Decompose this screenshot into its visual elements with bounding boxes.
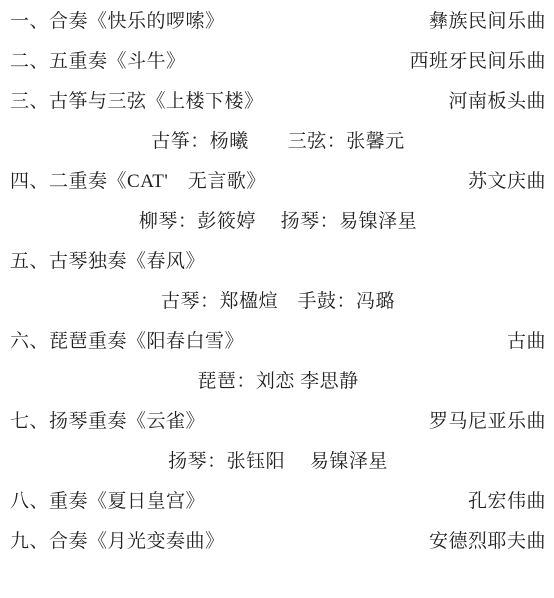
program-entry-2: 二、五重奏《斗牛》 西班牙民间乐曲 bbox=[10, 42, 546, 82]
entry-attribution: 彝族民间乐曲 bbox=[429, 2, 546, 42]
entry-attribution: 罗马尼亚乐曲 bbox=[429, 402, 546, 442]
entry-piece: 琵琶重奏《阳春白雪》 bbox=[49, 331, 244, 352]
program-page: 一、合奏《快乐的啰嗦》 彝族民间乐曲 二、五重奏《斗牛》 西班牙民间乐曲 三、古… bbox=[0, 0, 554, 598]
entry-title: 八、重奏《夏日皇宫》 bbox=[10, 482, 205, 522]
entry-piece: 古琴独奏《春风》 bbox=[49, 251, 205, 272]
performers-line-entry-6: 琵琶：刘恋 李思静 bbox=[10, 362, 546, 402]
entry-title: 五、古琴独奏《春风》 bbox=[10, 242, 205, 282]
program-entry-9: 九、合奏《月光变奏曲》 安德烈耶夫曲 bbox=[10, 522, 546, 562]
entry-number: 六、 bbox=[10, 331, 49, 352]
entry-number: 一、 bbox=[10, 11, 49, 32]
entry-title: 六、琵琶重奏《阳春白雪》 bbox=[10, 322, 244, 362]
entry-number: 七、 bbox=[10, 411, 49, 432]
entry-attribution: 古曲 bbox=[507, 322, 546, 362]
entry-title: 一、合奏《快乐的啰嗦》 bbox=[10, 2, 225, 42]
entry-title: 四、二重奏《CAT' 无言歌》 bbox=[10, 162, 266, 202]
entry-number: 二、 bbox=[10, 51, 49, 72]
entry-title: 二、五重奏《斗牛》 bbox=[10, 42, 186, 82]
entry-number: 三、 bbox=[10, 91, 49, 112]
program-entry-7: 七、扬琴重奏《云雀》 罗马尼亚乐曲 bbox=[10, 402, 546, 442]
program-entry-1: 一、合奏《快乐的啰嗦》 彝族民间乐曲 bbox=[10, 2, 546, 42]
entry-attribution: 西班牙民间乐曲 bbox=[409, 42, 546, 82]
program-entry-3: 三、古筝与三弦《上楼下楼》 河南板头曲 bbox=[10, 82, 546, 122]
program-entry-8: 八、重奏《夏日皇宫》 孔宏伟曲 bbox=[10, 482, 546, 522]
performers-line-entry-7: 扬琴：张钰阳 易镍泽星 bbox=[10, 442, 546, 482]
program-entry-5: 五、古琴独奏《春风》 bbox=[10, 242, 546, 282]
entry-piece: 合奏《月光变奏曲》 bbox=[49, 531, 225, 552]
program-entry-6: 六、琵琶重奏《阳春白雪》 古曲 bbox=[10, 322, 546, 362]
entry-piece: 二重奏《CAT' 无言歌》 bbox=[49, 171, 266, 192]
entry-title: 七、扬琴重奏《云雀》 bbox=[10, 402, 205, 442]
performers-line-entry-3: 古筝：杨曦 三弦：张馨元 bbox=[10, 122, 546, 162]
entry-attribution: 河南板头曲 bbox=[448, 82, 546, 122]
entry-piece: 重奏《夏日皇宫》 bbox=[49, 491, 205, 512]
entry-number: 五、 bbox=[10, 251, 49, 272]
entry-attribution: 安德烈耶夫曲 bbox=[429, 522, 546, 562]
entry-attribution: 孔宏伟曲 bbox=[468, 482, 546, 522]
entry-piece: 合奏《快乐的啰嗦》 bbox=[49, 11, 225, 32]
entry-number: 九、 bbox=[10, 531, 49, 552]
entry-attribution: 苏文庆曲 bbox=[468, 162, 546, 202]
entry-piece: 扬琴重奏《云雀》 bbox=[49, 411, 205, 432]
entry-number: 八、 bbox=[10, 491, 49, 512]
entry-title: 九、合奏《月光变奏曲》 bbox=[10, 522, 225, 562]
entry-title: 三、古筝与三弦《上楼下楼》 bbox=[10, 82, 264, 122]
performers-line-entry-4: 柳琴：彭筱婷 扬琴：易镍泽星 bbox=[10, 202, 546, 242]
entry-number: 四、 bbox=[10, 171, 49, 192]
entry-piece: 五重奏《斗牛》 bbox=[49, 51, 186, 72]
program-entry-4: 四、二重奏《CAT' 无言歌》 苏文庆曲 bbox=[10, 162, 546, 202]
entry-piece: 古筝与三弦《上楼下楼》 bbox=[49, 91, 264, 112]
performers-line-entry-5: 古琴：郑楹煊 手鼓：冯璐 bbox=[10, 282, 546, 322]
